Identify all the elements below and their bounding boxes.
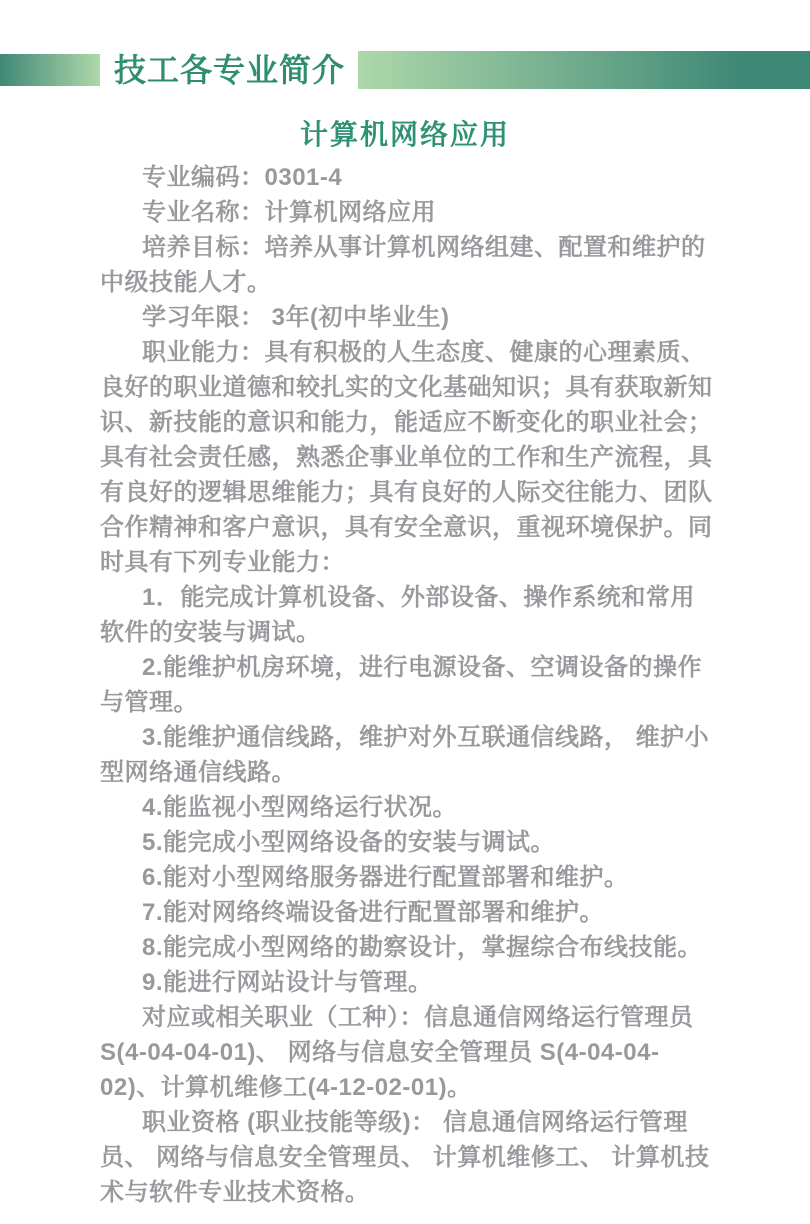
field-major-code: 专业编码：0301-4: [100, 160, 714, 195]
ability-item-6: 6.能对小型网络服务器进行配置部署和维护。: [100, 860, 714, 895]
article-body: 专业编码：0301-4 专业名称：计算机网络应用 培养目标：培养从事计算机网络组…: [100, 160, 714, 1210]
header-gradient-bar-left: [0, 54, 100, 86]
ability-item-4: 4.能监视小型网络运行状况。: [100, 790, 714, 825]
ability-item-8: 8.能完成小型网络的勘察设计，掌握综合布线技能。: [100, 930, 714, 965]
ability-item-3: 3.能维护通信线路，维护对外互联通信线路， 维护小型网络通信线路。: [100, 720, 714, 790]
field-related-occupations: 对应或相关职业（工种）：信息通信网络运行管理员 S(4-04-04-01)、 网…: [100, 1000, 714, 1105]
article-title: 计算机网络应用: [0, 113, 810, 153]
field-study-duration: 学习年限： 3年(初中毕业生): [100, 300, 714, 335]
field-vocational-qualifications: 职业资格 (职业技能等级)： 信息通信网络运行管理员、 网络与信息安全管理员、 …: [100, 1105, 714, 1210]
field-training-goal: 培养目标：培养从事计算机网络组建、配置和维护的中级技能人才。: [100, 230, 714, 300]
section-title: 技工各专业简介: [114, 51, 345, 89]
ability-item-7: 7.能对网络终端设备进行配置部署和维护。: [100, 895, 714, 930]
ability-item-1: 1．能完成计算机设备、外部设备、操作系统和常用软件的安装与调试。: [100, 580, 714, 650]
ability-item-5: 5.能完成小型网络设备的安装与调试。: [100, 825, 714, 860]
ability-item-2: 2.能维护机房环境，进行电源设备、空调设备的操作与管理。: [100, 650, 714, 720]
field-vocational-ability: 职业能力：具有积极的人生态度、健康的心理素质、良好的职业道德和较扎实的文化基础知…: [100, 335, 714, 580]
header-gradient-bar-right: [358, 51, 810, 89]
section-header: 技工各专业简介: [0, 51, 810, 89]
field-major-name: 专业名称：计算机网络应用: [100, 195, 714, 230]
ability-item-9: 9.能进行网站设计与管理。: [100, 965, 714, 1000]
